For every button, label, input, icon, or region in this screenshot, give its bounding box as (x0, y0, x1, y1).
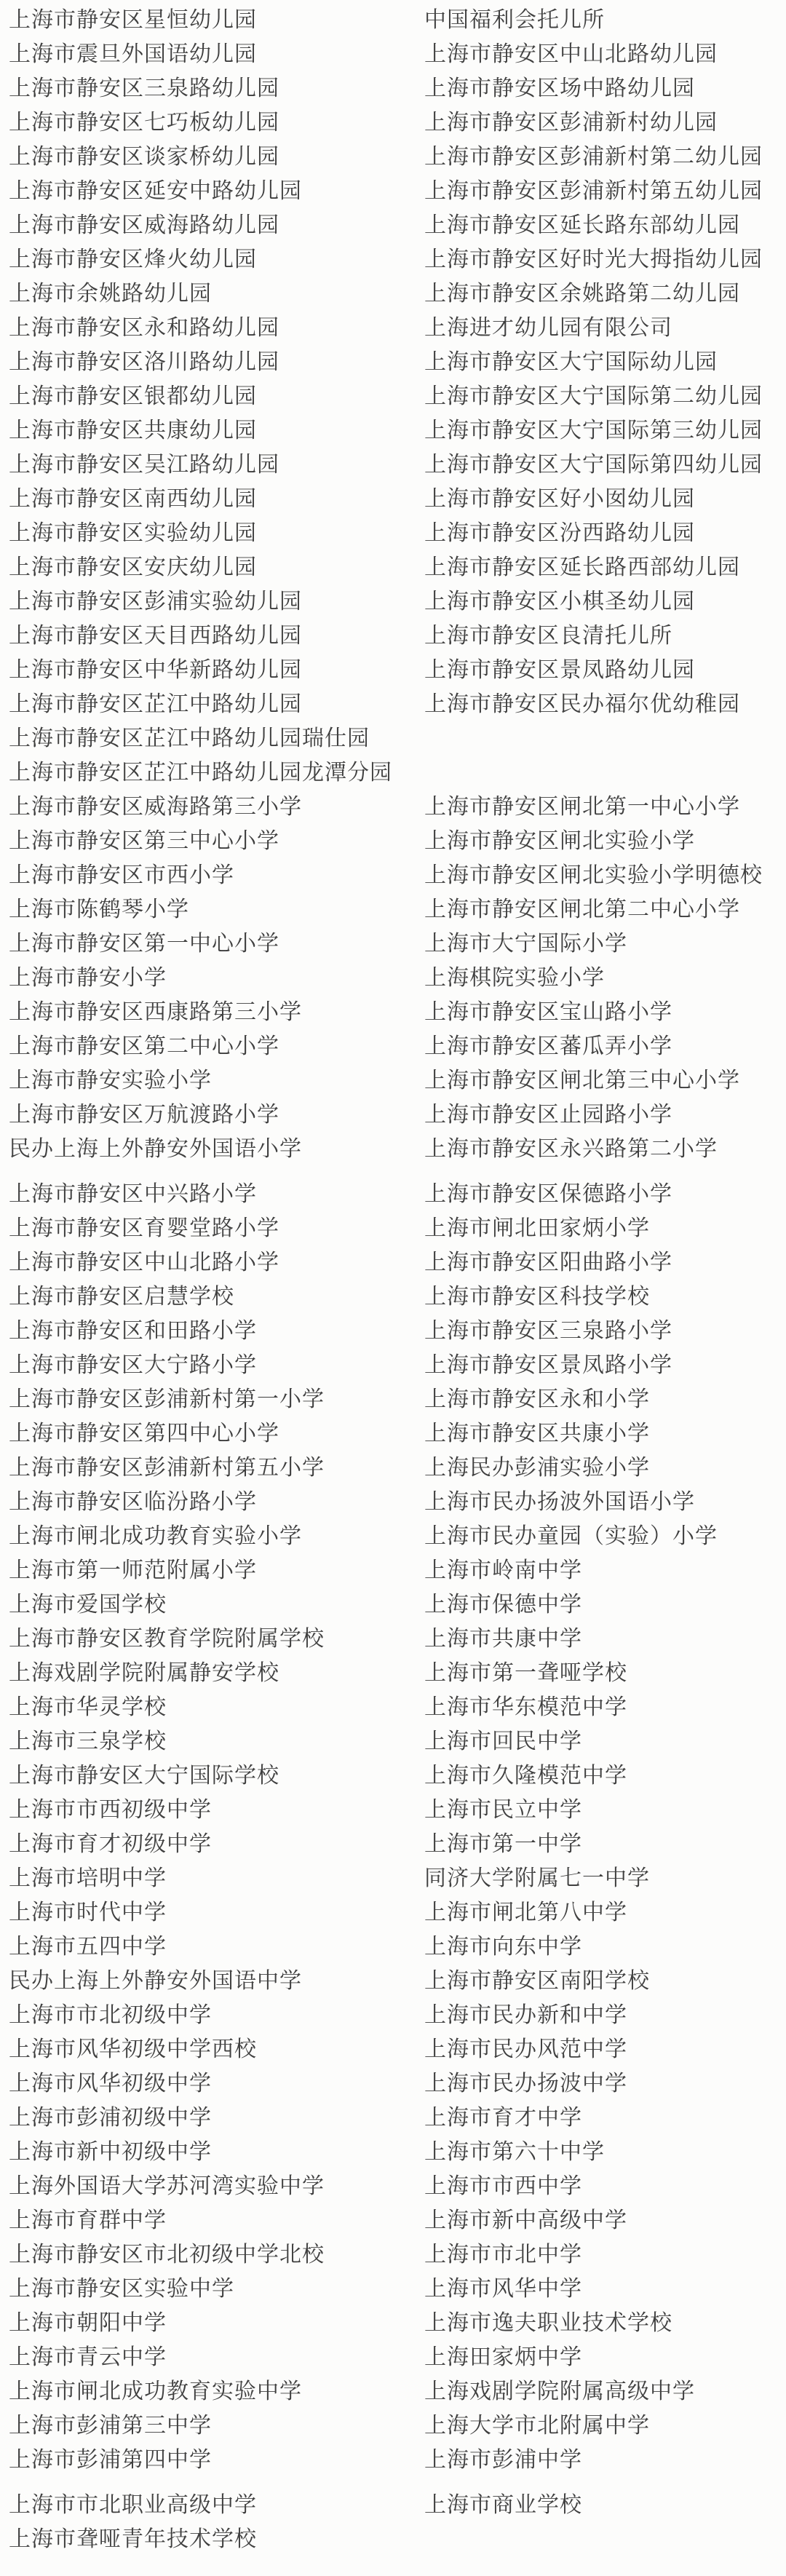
school-list-item: 上海市民办扬波外国语小学 (424, 1482, 763, 1516)
school-list-item: 上海市聋哑青年技术学校 (9, 2519, 392, 2553)
school-list-item: 上海市民办童园（实验）小学 (424, 1516, 763, 1550)
school-list-item: 上海市育才中学 (424, 2098, 763, 2132)
school-list-item: 上海棋院实验小学 (424, 958, 763, 992)
school-list-item: 上海市静安区小棋圣幼儿园 (424, 582, 763, 616)
section-gap (424, 1163, 763, 1174)
school-list-item: 上海市商业学校 (424, 2485, 763, 2519)
school-list-item: 上海市静安区星恒幼儿园 (9, 0, 392, 34)
school-list-item: 上海市育才初级中学 (9, 1824, 392, 1858)
school-list-item: 上海市五四中学 (9, 1927, 392, 1961)
school-list-item: 上海市久隆模范中学 (424, 1756, 763, 1790)
school-list-item: 上海市陈鹤琴小学 (9, 889, 392, 924)
school-list-item: 上海市静安区延长路西部幼儿园 (424, 547, 763, 582)
school-list-item: 上海市培明中学 (9, 1858, 392, 1893)
school-list-item: 上海市静安区大宁国际第四幼儿园 (424, 445, 763, 479)
school-list-item: 上海市逸夫职业技术学校 (424, 2303, 763, 2337)
school-list-item: 上海市静安区第二中心小学 (9, 1026, 392, 1061)
school-list-item: 上海市共康中学 (424, 1619, 763, 1653)
school-list-item: 上海市民立中学 (424, 1790, 763, 1824)
school-list-item: 上海戏剧学院附属静安学校 (9, 1653, 392, 1687)
column-left: 上海市静安区星恒幼儿园上海市震旦外国语幼儿园上海市静安区三泉路幼儿园上海市静安区… (9, 0, 392, 2553)
school-list-item: 上海市三泉学校 (9, 1721, 392, 1756)
school-list-item: 上海市回民中学 (424, 1721, 763, 1756)
school-list-item: 上海市静安区万航渡路小学 (9, 1095, 392, 1129)
school-list-item: 上海市静安区科技学校 (424, 1277, 763, 1311)
school-list-item: 上海市静安区彭浦新村幼儿园 (424, 103, 763, 137)
school-list-item: 上海市静安区西康路第三小学 (9, 992, 392, 1026)
school-list-item: 上海市静安区芷江中路幼儿园龙潭分园 (9, 753, 392, 787)
school-list-item: 上海市静安区吴江路幼儿园 (9, 445, 392, 479)
school-list-item: 上海民办彭浦实验小学 (424, 1448, 763, 1482)
school-list-item: 上海市静安区第一中心小学 (9, 924, 392, 958)
school-list-item: 上海市静安区延长路东部幼儿园 (424, 205, 763, 239)
school-list-item: 上海市静安区银都幼儿园 (9, 376, 392, 411)
school-list-item: 上海市静安区洛川路幼儿园 (9, 342, 392, 376)
school-list-item: 上海市静安区蕃瓜弄小学 (424, 1026, 763, 1061)
school-list-item: 上海市静安区闸北第二中心小学 (424, 889, 763, 924)
school-list-item: 上海市静安区启慧学校 (9, 1277, 392, 1311)
school-list-item: 上海市静安区景凤路小学 (424, 1345, 763, 1379)
school-list-item: 上海外国语大学苏河湾实验中学 (9, 2166, 392, 2200)
school-list-item: 上海市静安区彭浦新村第二幼儿园 (424, 137, 763, 171)
school-list-item: 上海市静安区永兴路第二小学 (424, 1129, 763, 1163)
school-list-item: 上海市静安区中山北路幼儿园 (424, 34, 763, 68)
school-list-item: 上海市静安区南阳学校 (424, 1961, 763, 1995)
school-list-item: 上海市民办新和中学 (424, 1995, 763, 2029)
school-list-item: 上海市静安区七巧板幼儿园 (9, 103, 392, 137)
school-list-item: 上海市市北中学 (424, 2235, 763, 2269)
section-gap (9, 1163, 392, 1174)
school-list-item: 上海市风华初级中学西校 (9, 2029, 392, 2064)
school-list-item: 上海市静安区民办福尔优幼稚园 (424, 684, 763, 718)
school-list-item: 同济大学附属七一中学 (424, 1858, 763, 1893)
school-list-item: 上海市余姚路幼儿园 (9, 274, 392, 308)
school-list-item: 上海市静安区永和小学 (424, 1379, 763, 1414)
school-list-item: 上海市静安区彭浦新村第一小学 (9, 1379, 392, 1414)
school-list-item: 上海市闸北成功教育实验小学 (9, 1516, 392, 1550)
school-list-item: 上海市静安区和田路小学 (9, 1311, 392, 1345)
school-list-item: 上海市静安区威海路第三小学 (9, 787, 392, 821)
school-list-item: 上海市青云中学 (9, 2337, 392, 2371)
school-list-item: 上海市静安区永和路幼儿园 (9, 308, 392, 342)
school-list-item: 上海市静安区威海路幼儿园 (9, 205, 392, 239)
school-list-item: 上海市静安区芷江中路幼儿园瑞仕园 (9, 718, 392, 753)
school-list-item: 上海市静安区延安中路幼儿园 (9, 171, 392, 205)
school-list-item: 上海市风华中学 (424, 2269, 763, 2303)
school-list-item: 上海市静安区芷江中路幼儿园 (9, 684, 392, 718)
school-list-item: 上海市静安区实验幼儿园 (9, 513, 392, 547)
school-list-item: 上海市市北初级中学 (9, 1995, 392, 2029)
school-list-item: 上海市静安区谈家桥幼儿园 (9, 137, 392, 171)
school-list-item: 上海市静安区场中路幼儿园 (424, 68, 763, 103)
school-list-item: 上海市静安区安庆幼儿园 (9, 547, 392, 582)
school-list-item: 上海市静安区闸北实验小学 (424, 821, 763, 855)
school-list-item: 上海市静安区第四中心小学 (9, 1414, 392, 1448)
column-right: 中国福利会托儿所上海市静安区中山北路幼儿园上海市静安区场中路幼儿园上海市静安区彭… (424, 0, 763, 2519)
section-gap (424, 2474, 763, 2485)
school-list-item: 上海市静安区中山北路小学 (9, 1243, 392, 1277)
school-list-item: 上海市静安区市北初级中学北校 (9, 2235, 392, 2269)
school-list-item: 上海市民办扬波中学 (424, 2064, 763, 2098)
school-list-item: 上海市静安区大宁国际学校 (9, 1756, 392, 1790)
school-list-item: 中国福利会托儿所 (424, 0, 763, 34)
school-list-item: 上海市静安区阳曲路小学 (424, 1243, 763, 1277)
school-list-item: 上海市向东中学 (424, 1927, 763, 1961)
school-list-item: 上海市彭浦第四中学 (9, 2440, 392, 2474)
school-list-item: 上海市静安区实验中学 (9, 2269, 392, 2303)
school-list-item: 上海市静安区保德路小学 (424, 1174, 763, 1208)
school-list-item: 上海市静安区闸北第三中心小学 (424, 1061, 763, 1095)
school-list-item: 上海市彭浦中学 (424, 2440, 763, 2474)
school-list-item: 上海市静安区南西幼儿园 (9, 479, 392, 513)
school-list-item: 上海市静安区景凤路幼儿园 (424, 650, 763, 684)
school-list-item: 上海市静安区三泉路小学 (424, 1311, 763, 1345)
school-list-item: 上海市市西中学 (424, 2166, 763, 2200)
school-list-item: 上海市大宁国际小学 (424, 924, 763, 958)
school-list-item: 上海市朝阳中学 (9, 2303, 392, 2337)
school-list-item: 上海市静安区闸北实验小学明德校 (424, 855, 763, 889)
school-list-item: 上海市市西初级中学 (9, 1790, 392, 1824)
school-list-item: 上海进才幼儿园有限公司 (424, 308, 763, 342)
school-list-item: 上海戏剧学院附属高级中学 (424, 2371, 763, 2406)
school-list-item: 上海市爱国学校 (9, 1585, 392, 1619)
school-list-item: 民办上海上外静安外国语小学 (9, 1129, 392, 1163)
school-list-item: 上海市静安小学 (9, 958, 392, 992)
school-list-item: 上海市静安区好时光大拇指幼儿园 (424, 239, 763, 274)
school-list-item: 上海市静安区大宁国际幼儿园 (424, 342, 763, 376)
school-list-item: 上海市静安实验小学 (9, 1061, 392, 1095)
school-list-item: 上海市市北职业高级中学 (9, 2485, 392, 2519)
school-list-item: 上海市静安区好小囡幼儿园 (424, 479, 763, 513)
school-list-item: 上海市静安区宝山路小学 (424, 992, 763, 1026)
school-list-item: 上海市新中初级中学 (9, 2132, 392, 2166)
school-list-item: 上海市静安区育婴堂路小学 (9, 1208, 392, 1243)
school-list-item: 上海市静安区闸北第一中心小学 (424, 787, 763, 821)
school-list-item: 上海市静安区彭浦实验幼儿园 (9, 582, 392, 616)
school-list-item: 上海市育群中学 (9, 2200, 392, 2235)
school-list-item: 上海市彭浦第三中学 (9, 2406, 392, 2440)
school-list-item: 上海市风华初级中学 (9, 2064, 392, 2098)
section-gap (9, 2474, 392, 2485)
school-list-item: 上海市保德中学 (424, 1585, 763, 1619)
school-list-item: 上海市静安区余姚路第二幼儿园 (424, 274, 763, 308)
school-list-item: 上海市静安区烽火幼儿园 (9, 239, 392, 274)
school-list-item: 上海市静安区大宁国际第二幼儿园 (424, 376, 763, 411)
school-list-item: 上海市闸北成功教育实验中学 (9, 2371, 392, 2406)
school-list-item: 上海市静安区天目西路幼儿园 (9, 616, 392, 650)
school-list-item: 上海市静安区临汾路小学 (9, 1482, 392, 1516)
school-list-item: 上海市民办风范中学 (424, 2029, 763, 2064)
school-list-item: 上海市静安区大宁路小学 (9, 1345, 392, 1379)
school-list-item: 上海市静安区第三中心小学 (9, 821, 392, 855)
school-list-item: 上海市华灵学校 (9, 1687, 392, 1721)
school-list-item: 上海市华东模范中学 (424, 1687, 763, 1721)
school-list-item: 上海田家炳中学 (424, 2337, 763, 2371)
school-list-item: 上海市静安区大宁国际第三幼儿园 (424, 411, 763, 445)
school-list-item: 上海大学市北附属中学 (424, 2406, 763, 2440)
school-list-item: 上海市静安区中华新路幼儿园 (9, 650, 392, 684)
school-list-item: 上海市静安区中兴路小学 (9, 1174, 392, 1208)
school-list-item: 上海市第一中学 (424, 1824, 763, 1858)
section-gap (424, 718, 763, 787)
school-list-item: 上海市静安区彭浦新村第五幼儿园 (424, 171, 763, 205)
school-list-item: 上海市静安区三泉路幼儿园 (9, 68, 392, 103)
school-list-item: 上海市岭南中学 (424, 1550, 763, 1585)
school-list-item: 上海市静安区共康幼儿园 (9, 411, 392, 445)
school-list-item: 上海市静安区止园路小学 (424, 1095, 763, 1129)
school-list-item: 上海市闸北第八中学 (424, 1893, 763, 1927)
school-list-item: 上海市第一聋哑学校 (424, 1653, 763, 1687)
document-page: 上海市静安区星恒幼儿园上海市震旦外国语幼儿园上海市静安区三泉路幼儿园上海市静安区… (0, 0, 786, 2576)
school-list-item: 上海市新中高级中学 (424, 2200, 763, 2235)
school-list-item: 上海市时代中学 (9, 1893, 392, 1927)
school-list-item: 上海市静安区良清托儿所 (424, 616, 763, 650)
school-list-item: 上海市震旦外国语幼儿园 (9, 34, 392, 68)
school-list-item: 上海市静安区共康小学 (424, 1414, 763, 1448)
school-list-item: 上海市彭浦初级中学 (9, 2098, 392, 2132)
school-list-item: 上海市静安区彭浦新村第五小学 (9, 1448, 392, 1482)
school-list-item: 民办上海上外静安外国语中学 (9, 1961, 392, 1995)
school-list-item: 上海市第一师范附属小学 (9, 1550, 392, 1585)
school-list-item: 上海市静安区市西小学 (9, 855, 392, 889)
school-list-item: 上海市第六十中学 (424, 2132, 763, 2166)
school-list-item: 上海市闸北田家炳小学 (424, 1208, 763, 1243)
school-list-item: 上海市静安区汾西路幼儿园 (424, 513, 763, 547)
school-list-item: 上海市静安区教育学院附属学校 (9, 1619, 392, 1653)
